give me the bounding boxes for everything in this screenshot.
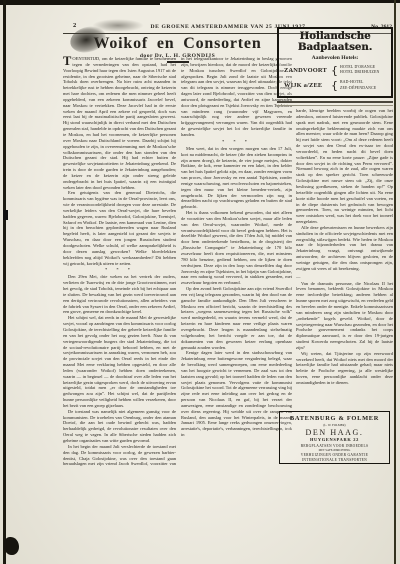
scan-frame-right (394, 0, 396, 564)
ad-service: VERHUIZINGEN ONDER GARANTIE (280, 453, 389, 457)
hotel-row-wijk-aan-zee: WIJK a/ZEE { BAD-HOTEL ZEE-DÉPENDANCE (279, 79, 391, 92)
paragraph: TOENTERTIJD, om de keizerlijke familie t… (63, 56, 176, 190)
ad-subtitle: Aanbevolen Hotels: (279, 55, 391, 61)
article-column-1: TOENTERTIJD, om de keizerlijke familie t… (63, 56, 176, 468)
paragraph: Alle deze gebeurtenissen en hunne bewerk… (296, 225, 393, 272)
ad-owner: (L. W. FOLMER) (280, 423, 389, 427)
paragraph: Het is thans volkomen bekend geworden, d… (181, 210, 292, 286)
place-name: ZANDVOORT (284, 67, 331, 74)
hotel-row-zandvoort: ZANDVOORT { HOTEL D'ORANGE HOTEL DRIEHUI… (279, 64, 391, 77)
ad-hollandsche-badplaatsen: Hollandsche Badplaatsen. Aanbevolen Hote… (277, 27, 393, 98)
drop-cap: T (63, 56, 72, 66)
ad-service: INTERNATIONALE TRANSPORTEN (280, 458, 389, 462)
hotel-name: HOTEL DRIEHUIZEN (340, 70, 379, 75)
scan-edge-mark (3, 210, 8, 220)
scan-corner-blot (4, 537, 19, 555)
paragraph: Een getuigenis van den generaal Dieteric… (63, 190, 176, 266)
hotel-list: HOTEL D'ORANGE HOTEL DRIEHUIZEN (340, 65, 379, 75)
paragraph: Den 29en Mei, drie weken na het vertrek … (63, 274, 176, 315)
paragraph: harde, kleurige beelden voorbij de oogen… (296, 108, 393, 225)
ad-divider-rule (277, 101, 393, 106)
brace-glyph: { (331, 79, 338, 92)
article-column-3: harde, kleurige beelden voorbij de oogen… (296, 108, 393, 405)
scan-frame-left (3, 0, 6, 564)
ad-company-name: BATENBURG & FOLMER (280, 415, 389, 422)
hotel-name: ZEE-DÉPENDANCE (340, 86, 376, 91)
article-title: Woikof en Consorten (63, 35, 292, 52)
newspaper-page: { "header": { "page_number": "2", "masth… (0, 0, 400, 564)
article-column-2: in het telegraafkantoor te Jekaterinburg… (181, 56, 292, 470)
dash-separator: — (296, 272, 393, 281)
ad-title: Hollandsche Badplaatsen. (279, 31, 391, 53)
hotel-list: BAD-HOTEL ZEE-DÉPENDANCE (340, 80, 376, 90)
section-separator: * * * (181, 138, 292, 146)
paragraph: Van de dramatis personae, die Nicolaas I… (296, 281, 393, 351)
section-separator: * * * (63, 266, 176, 274)
ad-city: DEN HAAG. (280, 428, 389, 437)
paragraph: In het begin der maand Juli verslechterd… (63, 444, 176, 468)
paragraph: in het telegraafkantoor te Jekaterinburg… (181, 56, 292, 138)
scan-frame-top-left (0, 0, 160, 5)
paragraph: Op den avond heeft Golostjokine aan zijn… (181, 286, 292, 350)
ad-address: HUYGENSPARK 22 (280, 437, 389, 442)
ad-service: MET SAFE-INRICHTING (280, 448, 389, 452)
paragraph: Het schijnt wel, dat reeds in de maand M… (63, 315, 176, 409)
ad-service: BERGPLAATSEN VOOR INBOEDELS (280, 444, 389, 448)
ad-batenburg-folmer: BATENBURG & FOLMER (L. W. FOLMER) DEN HA… (279, 411, 390, 464)
brace-glyph: { (331, 64, 338, 77)
paragraph: Eenige dagen later werd in den stadsscho… (181, 350, 292, 438)
paragraph: Men weet, dat in den vroegen morgen van … (181, 146, 292, 210)
paragraph: Wij weten, dat Tjitsjerine op zijn eerew… (296, 351, 393, 386)
place-name: WIJK a/ZEE (284, 82, 331, 89)
paragraph: De toestand was namelijk niet algemeen g… (63, 409, 176, 444)
